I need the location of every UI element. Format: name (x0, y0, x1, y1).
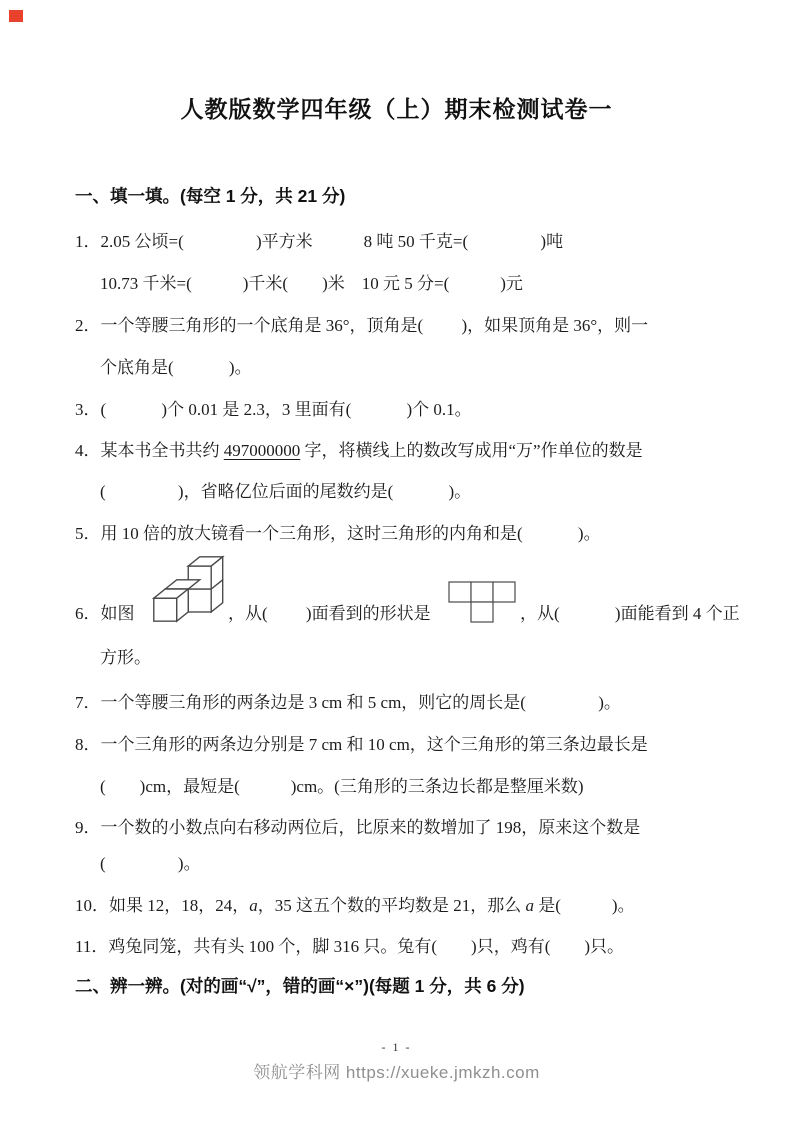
question-6-text-3: ，从( )面能看到 4 个正 (520, 603, 740, 624)
question-10-variable-a-2: a (526, 896, 535, 915)
question-10: 10．如果 12，18，24，a，35 这五个数的平均数是 21，那么 a 是(… (75, 895, 635, 916)
cube-stack-figure (140, 554, 225, 624)
t-shape-figure-svg (448, 581, 516, 623)
cube-stack-figure-svg (140, 554, 225, 624)
question-7: 7．一个等腰三角形的两条边是 3 cm 和 5 cm，则它的周长是( )。 (75, 692, 621, 713)
question-10-variable-a-1: a (249, 896, 258, 915)
question-4-text-post: 字，将横线上的数改写成用“万”作单位的数是 (300, 441, 642, 460)
question-4-underlined-number: 497000000 (224, 441, 301, 460)
question-10-text-2: ，35 这五个数的平均数是 21，那么 (258, 896, 526, 915)
page-title: 人教版数学四年级（上）期末检测试卷一 (0, 95, 793, 124)
exam-paper-page: 人教版数学四年级（上）期末检测试卷一 一、填一填。(每空 1 分，共 21 分)… (0, 0, 793, 1122)
question-6-line-2: 方形。 (100, 647, 151, 668)
question-8-line-2: ( )cm，最短是( )cm。(三角形的三条边长都是整厘米数) (100, 776, 584, 797)
t-shape-figure (448, 581, 516, 623)
question-10-text-1: 10．如果 12，18，24， (75, 896, 249, 915)
page-number: - 1 - (0, 1040, 793, 1055)
question-11: 11．鸡兔同笼，共有头 100 个，脚 316 只。兔有( )只，鸡有( )只。 (75, 936, 624, 957)
question-5: 5．用 10 倍的放大镜看一个三角形，这时三角形的内角和是( )。 (75, 523, 601, 544)
question-1-line-1: 1．2.05 公顷=( )平方米 8 吨 50 千克=( )吨 (75, 231, 563, 252)
section-2-heading: 二、辨一辨。(对的画“√”，错的画“×”)(每题 1 分，共 6 分) (75, 976, 525, 998)
corner-red-mark (9, 10, 23, 22)
question-4-text-pre: 4．某本书全书共约 (75, 441, 224, 460)
question-10-text-3: 是( )。 (534, 896, 635, 915)
question-9-line-1: 9．一个数的小数点向右移动两位后，比原来的数增加了 198，原来这个数是 (75, 817, 640, 838)
section-1-heading: 一、填一填。(每空 1 分，共 21 分) (75, 186, 345, 208)
question-6-text-2: ，从( )面看到的形状是 (228, 603, 431, 624)
footer-site-text: 领航学科网 https://xueke.jmkzh.com (0, 1062, 793, 1083)
question-4-line-2: ( )，省略亿位后面的尾数约是( )。 (100, 481, 471, 502)
question-4-line-1: 4．某本书全书共约 497000000 字，将横线上的数改写成用“万”作单位的数… (75, 440, 643, 461)
question-3: 3．( )个 0.01 是 2.3，3 里面有( )个 0.1。 (75, 399, 472, 420)
question-8-line-1: 8．一个三角形的两条边分别是 7 cm 和 10 cm，这个三角形的第三条边最长… (75, 734, 648, 755)
question-2-line-1: 2．一个等腰三角形的一个底角是 36°，顶角是( )，如果顶角是 36°，则一 (75, 315, 648, 336)
question-1-line-2: 10.73 千米=( )千米( )米 10 元 5 分=( )元 (100, 273, 523, 294)
question-2-line-2: 个底角是( )。 (100, 357, 252, 378)
question-6-text-1: 6．如图 (75, 603, 135, 624)
question-9-line-2: ( )。 (100, 853, 201, 874)
